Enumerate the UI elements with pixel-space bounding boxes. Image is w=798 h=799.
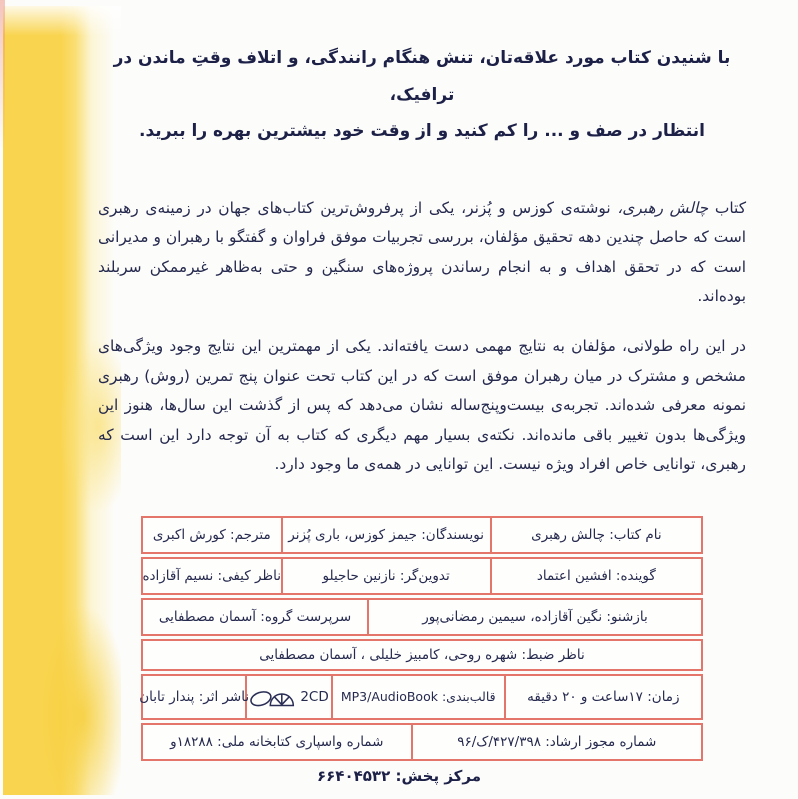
format-cell: قالب‌بندی: MP3/AudioBook — [333, 676, 506, 718]
credits-row-3: بازشنو: نگین آقازاده، سیمین رمضانی‌پور س… — [141, 598, 703, 636]
headline-line-1: با شنیدن کتاب مورد علاقه‌تان، تنش هنگام … — [98, 40, 746, 113]
credits-row-6: شماره مجوز ارشاد: ۴۲۷/۳۹۸/ک/۹۶ شماره واس… — [141, 723, 703, 761]
credits-row-4: ناظر ضبط: شهره روحی، کامبیز خلیلی ، آسما… — [141, 639, 703, 671]
credits-table: نام کتاب: چالش رهبری نویسندگان: جیمز کوز… — [141, 516, 703, 761]
duration-cell: زمان: ۱۷ساعت و ۲۰ دقیقه — [506, 676, 701, 718]
national-library-cell: شماره واسپاری کتابخانه ملی: ۱۸۲۸۸و — [143, 725, 413, 759]
scan-edge-artifact — [0, 0, 5, 150]
credits-row-5: زمان: ۱۷ساعت و ۲۰ دقیقه قالب‌بندی: MP3/A… — [141, 674, 703, 720]
description-paragraph-2: در این راه طولانی، مؤلفان به نتایج مهمی … — [98, 332, 746, 480]
narrator-cell: گوینده: افشین اعتماد — [492, 559, 701, 593]
translator-cell: مترجم: کورش اکبری — [143, 518, 283, 552]
credits-row-1: نام کتاب: چالش رهبری نویسندگان: جیمز کوز… — [141, 516, 703, 554]
group-leader-cell: سرپرست گروه: آسمان مصطفایی — [143, 600, 369, 634]
distribution-phone: مرکز پخش: ۶۶۴۰۴۵۳۲ — [0, 767, 798, 785]
recording-supervisor-cell: ناظر ضبط: شهره روحی، کامبیز خلیلی ، آسما… — [143, 641, 701, 669]
quality-supervisor-cell: ناظر کیفی: نسیم آقازاده — [143, 559, 283, 593]
ershad-license-cell: شماره مجوز ارشاد: ۴۲۷/۳۹۸/ک/۹۶ — [413, 725, 701, 759]
authors-cell: نویسندگان: جیمز کوزس، باری پُزنر — [283, 518, 492, 552]
cd-count-label: 2CD — [300, 689, 328, 705]
headline-line-2: انتظار در صف و ... را کم کنید و از وقت خ… — [98, 113, 746, 150]
cd-discs-icon — [249, 685, 295, 709]
paragraph1-lead: کتاب — [708, 199, 746, 217]
book-title-inline: چالش رهبری، — [617, 199, 708, 217]
book-name-cell: نام کتاب: چالش رهبری — [492, 518, 701, 552]
credits-row-2: گوینده: افشین اعتماد تدوین‌گر: نازنین حا… — [141, 557, 703, 595]
compiler-cell: تدوین‌گر: نازنین حاجیلو — [283, 559, 492, 593]
description-paragraph-1: کتاب چالش رهبری، نوشته‌ی کوزس و پُزنر، ی… — [98, 194, 746, 312]
proof-listeners-cell: بازشنو: نگین آقازاده، سیمین رمضانی‌پور — [369, 600, 701, 634]
publisher-cell: ناشر اثر: پندار تابان — [143, 676, 247, 718]
back-cover-content: با شنیدن کتاب مورد علاقه‌تان، تنش هنگام … — [98, 0, 746, 764]
headline: با شنیدن کتاب مورد علاقه‌تان، تنش هنگام … — [98, 40, 746, 150]
cd-count-cell: 2CD — [247, 676, 332, 718]
